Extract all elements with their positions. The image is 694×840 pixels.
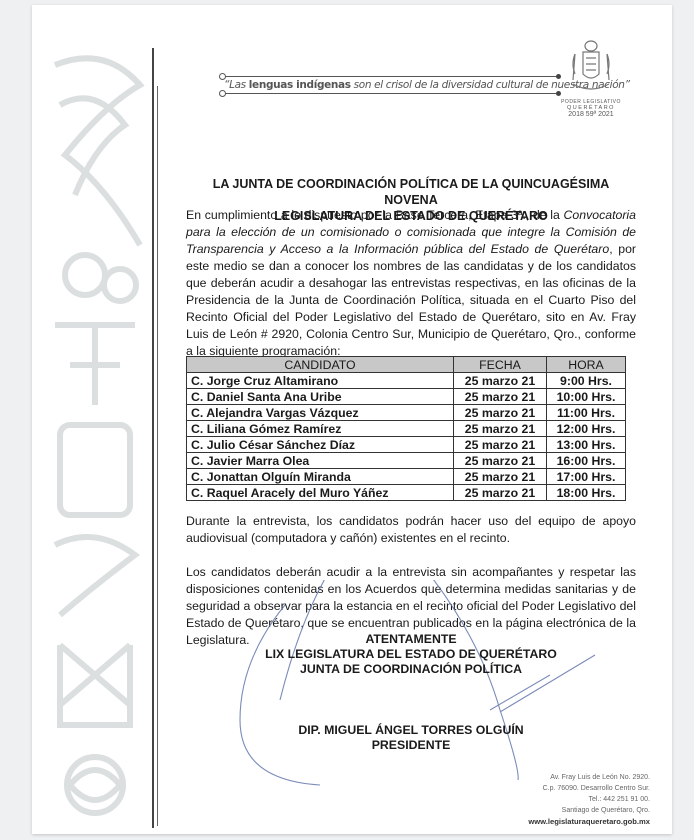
candidate-cell: C. Julio César Sánchez Díaz xyxy=(187,437,454,453)
candidate-cell: C. Jorge Cruz Altamirano xyxy=(187,373,454,389)
table-row: C. Daniel Santa Ana Uribe25 marzo 2110:0… xyxy=(187,389,626,405)
time-cell: 9:00 Hrs. xyxy=(547,373,626,389)
ornament-dot-icon xyxy=(219,90,226,97)
column-header-date: FECHA xyxy=(454,357,547,373)
signatory-role: PRESIDENTE xyxy=(186,738,636,753)
website-link[interactable]: www.legislaturaqueretaro.gob.mx xyxy=(470,816,650,827)
indigenous-pattern-decoration xyxy=(45,45,145,830)
date-cell: 25 marzo 21 xyxy=(454,373,547,389)
header-motto: “Las lenguas indígenas son el crisol de … xyxy=(222,76,558,94)
table-row: C. Julio César Sánchez Díaz25 marzo 2113… xyxy=(187,437,626,453)
table-row: C. Liliana Gómez Ramírez25 marzo 2112:00… xyxy=(187,421,626,437)
time-cell: 10:00 Hrs. xyxy=(547,389,626,405)
equipment-paragraph: Durante la entrevista, los candidatos po… xyxy=(186,513,636,547)
candidate-cell: C. Raquel Aracely del Muro Yáñez xyxy=(187,485,454,501)
date-cell: 25 marzo 21 xyxy=(454,389,547,405)
column-header-candidate: CANDIDATO xyxy=(187,357,454,373)
interview-schedule-table: CANDIDATO FECHA HORA C. Jorge Cruz Altam… xyxy=(186,356,626,501)
table-row: C. Javier Marra Olea25 marzo 2116:00 Hrs… xyxy=(187,453,626,469)
candidate-cell: C. Liliana Gómez Ramírez xyxy=(187,421,454,437)
coat-of-arms-icon xyxy=(569,38,613,98)
candidate-cell: C. Daniel Santa Ana Uribe xyxy=(187,389,454,405)
legislature-seal: PODER LEGISLATIVO QUERÉTARO 2018 59ª 202… xyxy=(560,38,622,132)
margin-rule-outer xyxy=(152,48,154,828)
intro-paragraph: En cumplimiento a lo dispuesto por la Ba… xyxy=(186,207,636,360)
table-header-row: CANDIDATO FECHA HORA xyxy=(187,357,626,373)
date-cell: 25 marzo 21 xyxy=(454,405,547,421)
time-cell: 13:00 Hrs. xyxy=(547,437,626,453)
column-header-time: HORA xyxy=(547,357,626,373)
table-row: C. Jonattan Olguín Miranda25 marzo 2117:… xyxy=(187,469,626,485)
closing-block: ATENTAMENTE LIX LEGISLATURA DEL ESTADO D… xyxy=(186,632,636,677)
time-cell: 16:00 Hrs. xyxy=(547,453,626,469)
signatory-block: DIP. MIGUEL ÁNGEL TORRES OLGUÍN PRESIDEN… xyxy=(186,723,636,753)
time-cell: 11:00 Hrs. xyxy=(547,405,626,421)
table-row: C. Jorge Cruz Altamirano25 marzo 219:00 … xyxy=(187,373,626,389)
margin-rule-inner xyxy=(157,86,158,826)
date-cell: 25 marzo 21 xyxy=(454,421,547,437)
date-cell: 25 marzo 21 xyxy=(454,453,547,469)
time-cell: 17:00 Hrs. xyxy=(547,469,626,485)
candidate-cell: C. Alejandra Vargas Vázquez xyxy=(187,405,454,421)
date-cell: 25 marzo 21 xyxy=(454,469,547,485)
date-cell: 25 marzo 21 xyxy=(454,437,547,453)
time-cell: 12:00 Hrs. xyxy=(547,421,626,437)
table-row: C. Raquel Aracely del Muro Yáñez25 marzo… xyxy=(187,485,626,501)
footer-address: Av. Fray Luis de León No. 2920. C.p. 760… xyxy=(470,772,650,827)
candidate-cell: C. Jonattan Olguín Miranda xyxy=(187,469,454,485)
signatory-name: DIP. MIGUEL ÁNGEL TORRES OLGUÍN xyxy=(186,723,636,738)
table-row: C. Alejandra Vargas Vázquez25 marzo 2111… xyxy=(187,405,626,421)
candidate-cell: C. Javier Marra Olea xyxy=(187,453,454,469)
time-cell: 18:00 Hrs. xyxy=(547,485,626,501)
date-cell: 25 marzo 21 xyxy=(454,485,547,501)
